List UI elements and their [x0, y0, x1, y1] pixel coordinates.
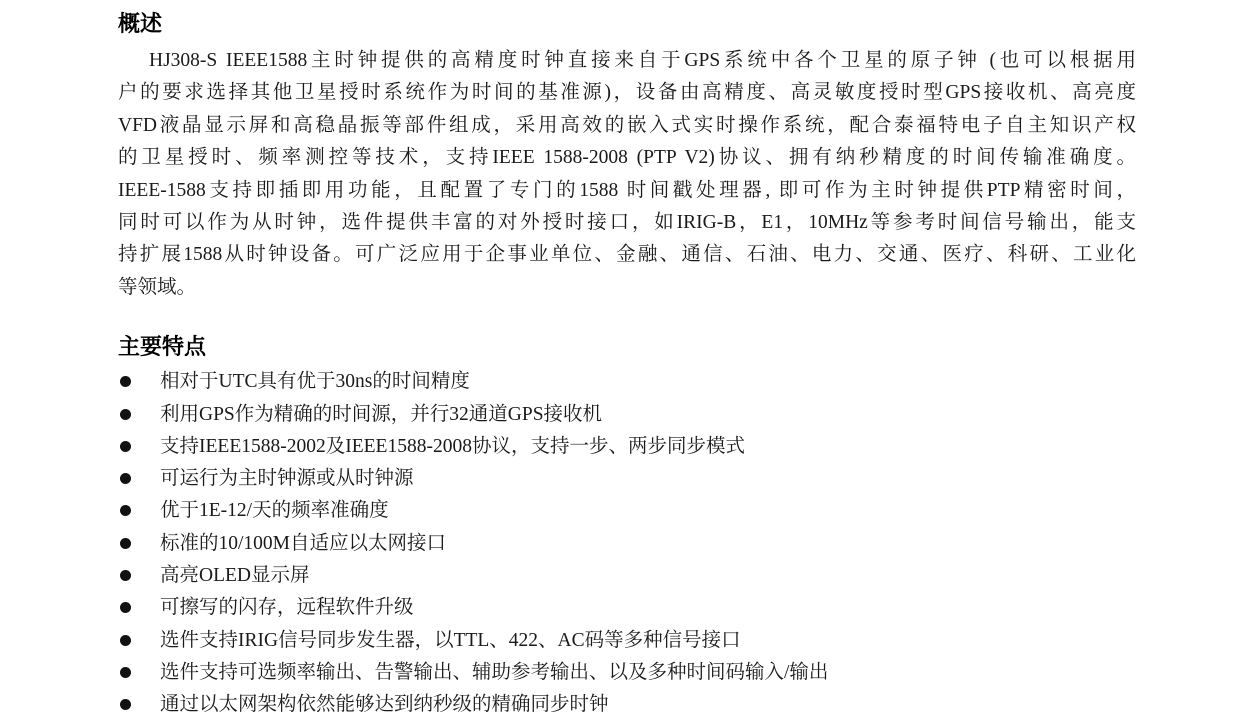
- feature-item: 利用GPS作为精确的时间源，并行32通道GPS接收机: [118, 399, 1136, 431]
- overview-paragraph: HJ308-S IEEE1588主时钟提供的高精度时钟直接来自于GPS系统中各个…: [118, 45, 1136, 304]
- overview-heading: 概述: [118, 12, 1136, 36]
- bullet-icon: [120, 699, 131, 710]
- feature-item-text: 通过以太网架构依然能够达到纳秒级的精确同步时钟: [160, 689, 609, 721]
- bullet-icon: [120, 635, 131, 646]
- feature-item: 高亮OLED显示屏: [118, 560, 1136, 592]
- feature-item: 选件支持可选频率输出、告警输出、辅助参考输出、以及多种时间码输入/输出: [118, 657, 1136, 689]
- overview-paragraph-line: HJ308-S IEEE1588主时钟提供的高精度时钟直接来自于GPS系统中各个…: [118, 45, 1136, 77]
- bullet-icon: [120, 505, 131, 516]
- feature-item-text: 利用GPS作为精确的时间源，并行32通道GPS接收机: [160, 399, 602, 431]
- overview-paragraph-line: 等领域。: [118, 272, 1136, 304]
- bullet-icon: [120, 570, 131, 581]
- bullet-icon: [120, 538, 131, 549]
- feature-item: 选件支持IRIG信号同步发生器，以TTL、422、AC码等多种信号接口: [118, 625, 1136, 657]
- overview-paragraph-line: 的卫星授时、频率测控等技术，支持IEEE 1588-2008 (PTP V2)协…: [118, 142, 1136, 174]
- overview-paragraph-line: 持扩展1588从时钟设备。可广泛应用于企事业单位、金融、通信、石油、电力、交通、…: [118, 239, 1136, 271]
- features-heading: 主要特点: [118, 335, 1136, 359]
- bullet-icon: [120, 602, 131, 613]
- overview-paragraph-line: VFD液晶显示屏和高稳晶振等部件组成，采用高效的嵌入式实时操作系统，配合泰福特电…: [118, 110, 1136, 142]
- bullet-icon: [120, 667, 131, 678]
- feature-item: 可擦写的闪存，远程软件升级: [118, 592, 1136, 624]
- features-list: 相对于UTC具有优于30ns的时间精度 利用GPS作为精确的时间源，并行32通道…: [118, 366, 1136, 721]
- feature-item: 优于1E-12/天的频率准确度: [118, 495, 1136, 527]
- feature-item-text: 支持IEEE1588-2002及IEEE1588-2008协议，支持一步、两步同…: [160, 431, 745, 463]
- overview-paragraph-line: 户的要求选择其他卫星授时系统作为时间的基准源)，设备由高精度、高灵敏度授时型GP…: [118, 77, 1136, 109]
- overview-paragraph-line: 同时可以作为从时钟，选件提供丰富的对外授时接口，如IRIG-B，E1，10MHz…: [118, 207, 1136, 239]
- feature-item: 支持IEEE1588-2002及IEEE1588-2008协议，支持一步、两步同…: [118, 431, 1136, 463]
- bullet-icon: [120, 473, 131, 484]
- feature-item-text: 可运行为主时钟源或从时钟源: [160, 463, 414, 495]
- feature-item-text: 标准的10/100M自适应以太网接口: [160, 528, 446, 560]
- feature-item: 相对于UTC具有优于30ns的时间精度: [118, 366, 1136, 398]
- bullet-icon: [120, 441, 131, 452]
- feature-item-text: 高亮OLED显示屏: [160, 560, 310, 592]
- feature-item-text: 优于1E-12/天的频率准确度: [160, 495, 389, 527]
- overview-paragraph-line: IEEE-1588支持即插即用功能，且配置了专门的1588 时间戳处理器, 即可…: [118, 175, 1136, 207]
- feature-item: 可运行为主时钟源或从时钟源: [118, 463, 1136, 495]
- feature-item-text: 选件支持可选频率输出、告警输出、辅助参考输出、以及多种时间码输入/输出: [160, 657, 828, 689]
- feature-item-text: 可擦写的闪存，远程软件升级: [160, 592, 414, 624]
- bullet-icon: [120, 409, 131, 420]
- feature-item-text: 选件支持IRIG信号同步发生器，以TTL、422、AC码等多种信号接口: [160, 625, 741, 657]
- feature-item: 标准的10/100M自适应以太网接口: [118, 528, 1136, 560]
- document-page: 概述 HJ308-S IEEE1588主时钟提供的高精度时钟直接来自于GPS系统…: [0, 0, 1240, 726]
- feature-item-text: 相对于UTC具有优于30ns的时间精度: [160, 366, 470, 398]
- bullet-icon: [120, 376, 131, 387]
- feature-item: 通过以太网架构依然能够达到纳秒级的精确同步时钟: [118, 689, 1136, 721]
